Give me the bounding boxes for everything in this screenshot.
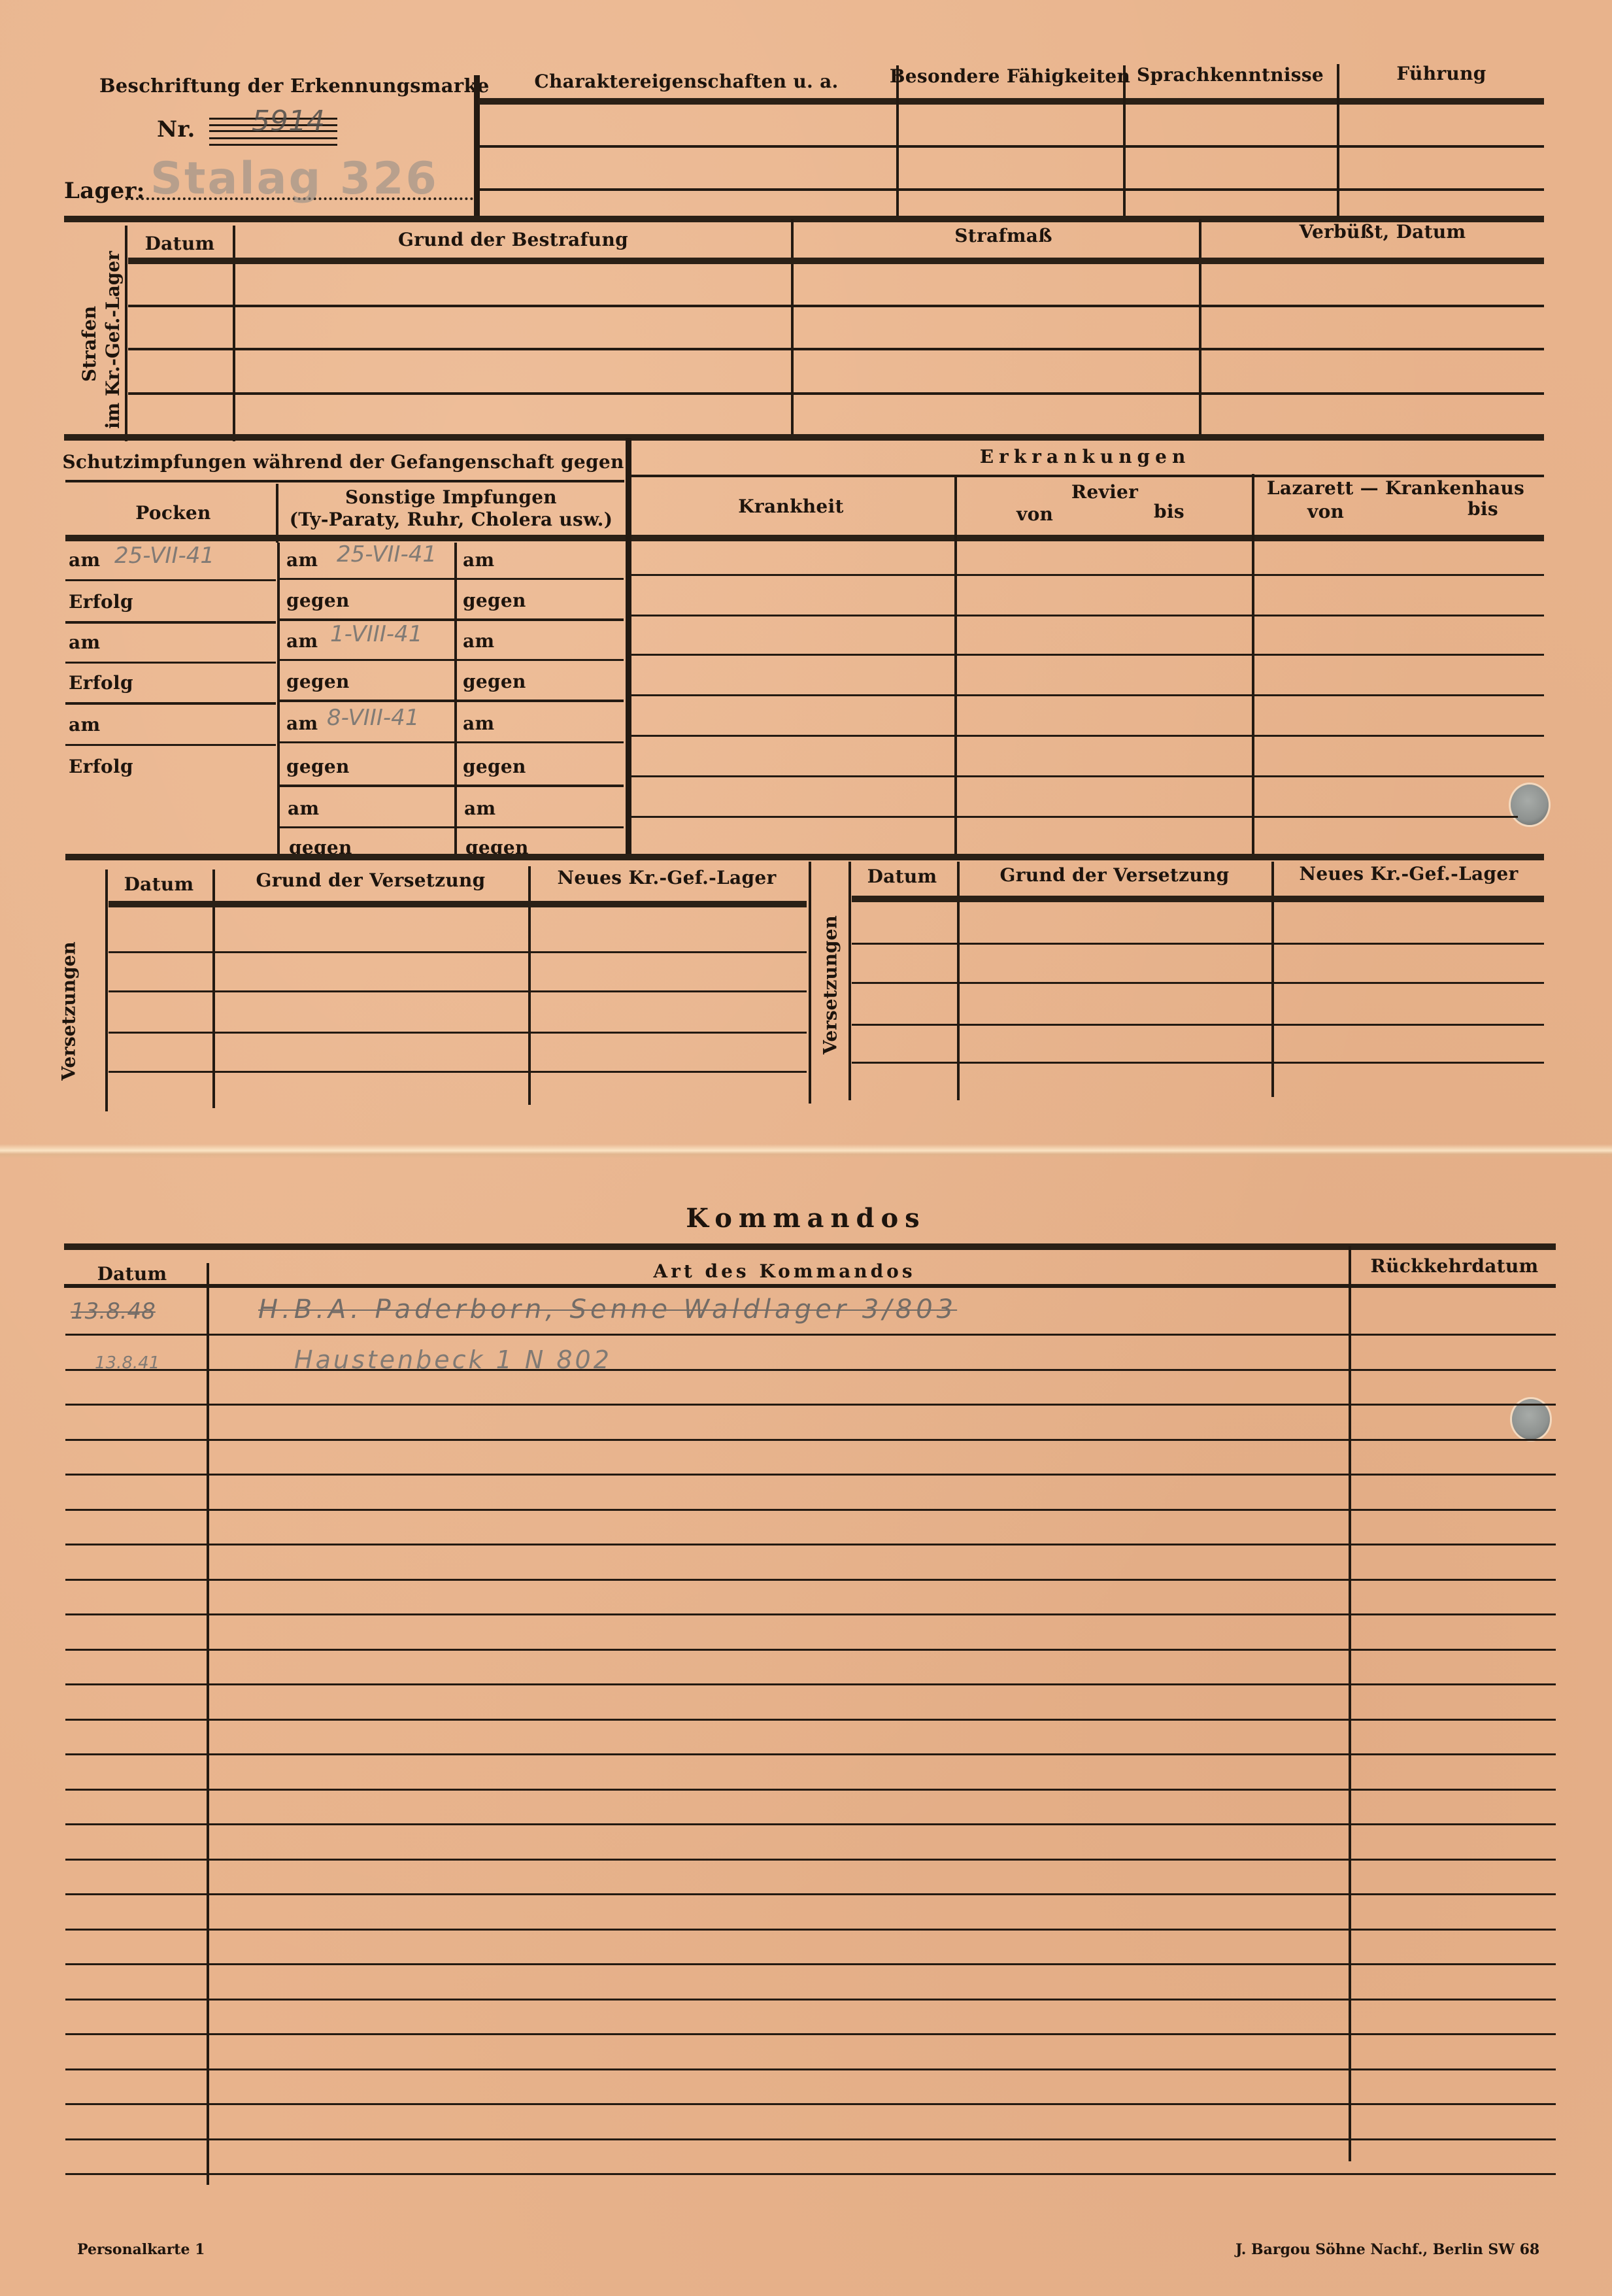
divider bbox=[105, 869, 108, 1111]
nr-value[interactable]: 5914 bbox=[252, 105, 325, 138]
rule bbox=[109, 951, 807, 953]
rule bbox=[65, 2138, 1556, 2140]
nr-line bbox=[209, 144, 337, 146]
rule bbox=[65, 1509, 1556, 1511]
divider bbox=[207, 1263, 209, 2185]
pocken-am-label: am bbox=[69, 549, 100, 571]
pocken-am-value[interactable]: 25-VII-41 bbox=[114, 543, 214, 569]
col-lazarett-krankenhaus: Lazarett — Krankenhaus bbox=[1267, 477, 1524, 499]
rule bbox=[65, 1719, 1556, 1721]
strafen-side-label: Strafen im Kr.-Gef.-Lager bbox=[78, 259, 125, 429]
lager-stamp[interactable]: Stalag 326 bbox=[150, 153, 439, 205]
rule bbox=[479, 98, 1544, 105]
rule bbox=[128, 305, 1544, 307]
divider bbox=[276, 484, 278, 543]
divider bbox=[791, 219, 794, 438]
divider bbox=[1349, 1246, 1351, 2161]
strafen-side-label-2: im Kr.-Gef.-Lager bbox=[101, 259, 125, 429]
punch-hole bbox=[1511, 785, 1549, 825]
rule bbox=[280, 785, 624, 787]
col-charaktereigenschaften: Charaktereigenschaften u. a. bbox=[534, 71, 838, 92]
rule bbox=[280, 578, 624, 580]
erkrankungen-title: Erkrankungen bbox=[980, 446, 1191, 467]
sonstige-gegen-label: gegen bbox=[286, 590, 350, 611]
rule bbox=[280, 741, 624, 743]
rule bbox=[65, 1369, 1556, 1371]
col-verbuesst-datum: Verbüßt, Datum bbox=[1300, 221, 1466, 243]
versetzungen-side-label: Versetzungen bbox=[820, 907, 841, 1064]
sonstige-am-label: am bbox=[463, 713, 494, 734]
rule bbox=[128, 348, 1544, 350]
sonstige-gegen-label: gegen bbox=[286, 756, 350, 777]
rule bbox=[65, 1649, 1556, 1651]
col-rueckkehrdatum: Rückkehrdatum bbox=[1371, 1255, 1539, 1277]
col-datum: Datum bbox=[867, 866, 937, 887]
impfungen-title: Schutzimpfungen während der Gefangenscha… bbox=[62, 451, 624, 473]
divider bbox=[1252, 474, 1254, 856]
rule bbox=[65, 2173, 1556, 2175]
divider bbox=[954, 477, 957, 856]
col-krankheit: Krankheit bbox=[738, 496, 843, 517]
col-art-des-kommandos: Art des Kommandos bbox=[653, 1260, 915, 1282]
rule bbox=[65, 1859, 1556, 1861]
form-name: Personalkarte 1 bbox=[77, 2241, 205, 2258]
rule bbox=[65, 1613, 1556, 1615]
rule bbox=[65, 1789, 1556, 1791]
rule bbox=[65, 535, 1544, 541]
lager-label: Lager: bbox=[64, 178, 145, 204]
rule bbox=[65, 1929, 1556, 1931]
sonstige-am-label: am bbox=[286, 713, 318, 734]
col-besondere-faehigkeiten: Besondere Fähigkeiten bbox=[890, 65, 1130, 87]
pocken-erfolg-label: Erfolg bbox=[69, 591, 133, 613]
pocken-am-label: am bbox=[69, 632, 100, 653]
divider bbox=[1199, 219, 1201, 438]
divider bbox=[125, 226, 127, 441]
rule bbox=[65, 621, 276, 624]
sonstige-subheader: (Ty-Paraty, Ruhr, Cholera usw.) bbox=[290, 509, 613, 530]
sonstige-am-label: am bbox=[464, 798, 495, 819]
sonstige-am-label: am bbox=[463, 549, 494, 571]
pocken-header: Pocken bbox=[135, 502, 210, 524]
rule bbox=[65, 1963, 1556, 1965]
rule bbox=[65, 1404, 1556, 1406]
sonstige-gegen-label: gegen bbox=[463, 756, 526, 777]
sonstige-gegen-label: gegen bbox=[286, 671, 350, 692]
rule bbox=[65, 1683, 1556, 1685]
sonstige-am-label: am bbox=[286, 549, 318, 571]
rule bbox=[65, 1999, 1556, 2001]
rule bbox=[629, 654, 1544, 656]
col-fuehrung: Führung bbox=[1396, 63, 1486, 84]
divider bbox=[626, 438, 631, 856]
col-grund-der-bestrafung: Grund der Bestrafung bbox=[398, 229, 628, 250]
rule bbox=[65, 2103, 1556, 2105]
col-strafmass: Strafmaß bbox=[954, 225, 1052, 246]
strafen-side-label-1: Strafen bbox=[78, 259, 101, 429]
col-datum: Datum bbox=[124, 873, 194, 895]
kommando-datum[interactable]: 13.8.41 bbox=[95, 1353, 160, 1373]
versetzungen-side-label: Versetzungen bbox=[58, 933, 80, 1090]
fold-crease bbox=[0, 1144, 1612, 1158]
rule bbox=[65, 2033, 1556, 2035]
col-datum: Datum bbox=[145, 233, 215, 254]
rule bbox=[65, 662, 276, 664]
pocken-erfolg-label: Erfolg bbox=[69, 672, 133, 694]
lazarett-bis: bis bbox=[1468, 498, 1498, 520]
col-revier: Revier bbox=[1071, 481, 1138, 503]
rule bbox=[109, 1032, 807, 1034]
kommandos-title: Kommandos bbox=[686, 1203, 926, 1234]
rule bbox=[479, 145, 1544, 148]
lazarett-von: von bbox=[1307, 501, 1344, 522]
kommando-art[interactable]: Haustenbeck 1 N 802 bbox=[294, 1345, 612, 1374]
rule bbox=[629, 735, 1544, 737]
divider bbox=[896, 65, 899, 217]
sonstige-am-label: am bbox=[286, 630, 318, 652]
rule bbox=[280, 659, 624, 661]
col-sprachkenntnisse: Sprachkenntnisse bbox=[1137, 64, 1324, 86]
rule bbox=[852, 982, 1544, 984]
rule bbox=[64, 1284, 1556, 1288]
revier-von: von bbox=[1016, 503, 1053, 525]
rule bbox=[109, 990, 807, 992]
rule bbox=[128, 258, 1544, 264]
rule bbox=[629, 574, 1544, 576]
rule bbox=[65, 702, 276, 705]
rule bbox=[128, 392, 1544, 395]
sonstige-am-value[interactable]: 8-VIII-41 bbox=[327, 705, 419, 731]
rule bbox=[65, 744, 276, 746]
rule bbox=[852, 1024, 1544, 1026]
rule bbox=[65, 1334, 1556, 1336]
kommando-datum[interactable]: 13.8.48 bbox=[71, 1298, 156, 1325]
rule bbox=[280, 826, 624, 828]
sonstige-gegen-label: gegen bbox=[463, 590, 526, 611]
sonstige-gegen-label: gegen bbox=[463, 671, 526, 692]
erkennungsmarke-label: Beschriftung der Erkennungsmarke bbox=[99, 75, 490, 97]
kommando-art[interactable]: H.B.A. Paderborn, Senne Waldlager 3/803 bbox=[258, 1294, 957, 1325]
rule bbox=[65, 1893, 1556, 1895]
col-neues-lager: Neues Kr.-Gef.-Lager bbox=[557, 867, 776, 888]
nr-label: Nr. bbox=[157, 116, 195, 143]
rule bbox=[64, 1243, 1556, 1250]
divider bbox=[848, 862, 851, 1100]
rule bbox=[629, 694, 1544, 696]
rule bbox=[65, 2068, 1556, 2070]
col-datum: Datum bbox=[97, 1263, 167, 1285]
rule bbox=[109, 901, 807, 907]
rule bbox=[65, 1823, 1556, 1825]
rule bbox=[852, 943, 1544, 945]
revier-bis: bis bbox=[1154, 501, 1184, 522]
divider bbox=[1123, 65, 1126, 217]
section-rule bbox=[64, 434, 1544, 441]
section-rule bbox=[65, 854, 1544, 860]
sonstige-header: Sonstige Impfungen bbox=[345, 486, 557, 508]
rule bbox=[65, 1544, 1556, 1545]
rule bbox=[852, 1062, 1544, 1064]
printer-imprint: J. Bargou Söhne Nachf., Berlin SW 68 bbox=[1235, 2241, 1539, 2258]
col-neues-lager: Neues Kr.-Gef.-Lager bbox=[1299, 863, 1518, 885]
rule bbox=[629, 775, 1544, 777]
rule bbox=[629, 615, 1544, 616]
rule bbox=[280, 700, 624, 702]
rule bbox=[65, 480, 624, 482]
sonstige-am-label: am bbox=[463, 630, 494, 652]
rule bbox=[65, 1753, 1556, 1755]
col-grund-der-versetzung: Grund der Versetzung bbox=[999, 864, 1229, 886]
pocken-am-label: am bbox=[69, 714, 100, 735]
rule bbox=[65, 1579, 1556, 1581]
divider bbox=[1337, 64, 1339, 217]
pocken-erfolg-label: Erfolg bbox=[69, 756, 133, 777]
sonstige-am-value[interactable]: 25-VII-41 bbox=[337, 541, 437, 567]
rule bbox=[629, 816, 1518, 818]
divider bbox=[809, 862, 811, 1104]
rule bbox=[109, 1071, 807, 1073]
rule bbox=[65, 1439, 1556, 1441]
rule bbox=[65, 1474, 1556, 1476]
sonstige-am-label: am bbox=[288, 798, 319, 819]
rule bbox=[65, 579, 276, 581]
rule bbox=[479, 188, 1544, 191]
rule bbox=[852, 896, 1544, 902]
sonstige-am-value[interactable]: 1-VIII-41 bbox=[330, 621, 422, 647]
col-grund-der-versetzung: Grund der Versetzung bbox=[256, 869, 485, 891]
